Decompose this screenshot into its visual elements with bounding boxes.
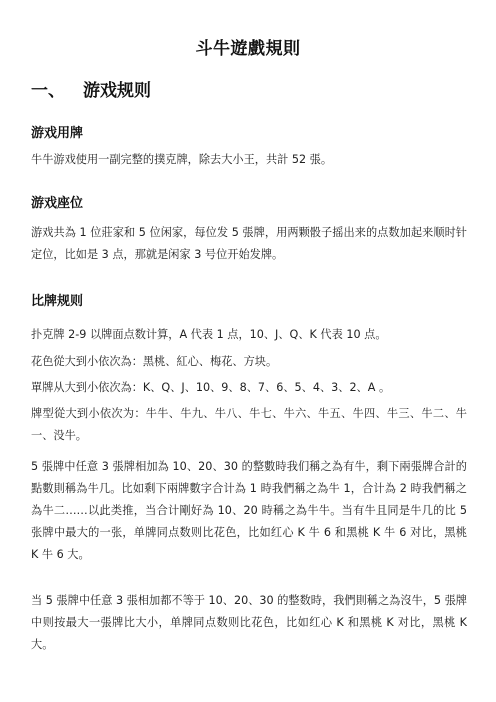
paragraph-hand-type-order: 牌型從大到小依次为：牛牛、牛九、牛八、牛七、牛六、牛五、牛四、牛三、牛二、牛一、… [31,403,467,447]
paragraph-suit-order: 花色從大到小依次為：黑桃、紅心、梅花、方块。 [31,351,467,373]
section-number: 一、 [31,76,83,101]
paragraph-cards: 牛牛游戏使用一副完整的撲克牌，除去大小王，共計 52 張。 [31,149,467,171]
document-page: 斗牛遊戲規則 一、游戏规则 游戏用牌 牛牛游戏使用一副完整的撲克牌，除去大小王，… [0,0,496,702]
subsection-heading-seats: 游戏座位 [31,192,83,211]
subsection-heading-cards: 游戏用牌 [31,122,83,141]
section-heading: 一、游戏规则 [31,76,151,101]
section-heading-text: 游戏规则 [83,81,151,101]
paragraph-no-niu-rule: 当 5 張牌中任意 3 張相加都不等于 10、20、30 的整数時，我們則稱之為… [31,590,467,656]
paragraph-single-card-order: 單牌从大到小依次為：K、Q、J、10、9、8、7、6、5、4、3、2、A 。 [31,377,467,399]
paragraph-seats: 游戏共為 1 位莊家和 5 位闲家，每位发 5 張牌，用两颗骰子摇出来的点数加起… [31,222,467,266]
paragraph-niu-rule: 5 張牌中任意 3 張牌相加為 10、20、30 的整數時我们稱之為有牛，剩下兩… [31,456,467,566]
subsection-heading-compare: 比牌规则 [31,290,83,309]
paragraph-card-values: 扑克牌 2-9 以牌面点数计算，A 代表 1 点，10、J、Q、K 代表 10 … [31,324,467,346]
document-title: 斗牛遊戲規則 [0,34,496,59]
